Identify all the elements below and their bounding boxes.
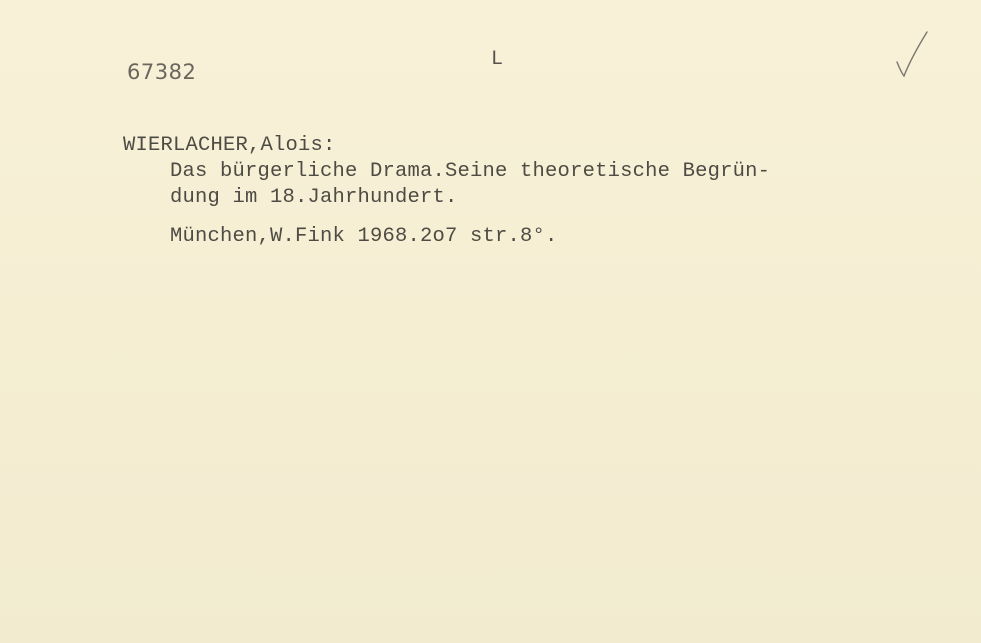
catalog-card: 67382 L WIERLACHER,Alois: Das bürgerlich… — [0, 0, 981, 643]
author-line: WIERLACHER,Alois: — [123, 134, 336, 157]
title-line-1: Das bürgerliche Drama.Seine theoretische… — [170, 160, 770, 183]
title-line-2: dung im 18.Jahrhundert. — [170, 186, 458, 209]
imprint-line: München,W.Fink 1968.2o7 str.8°. — [170, 225, 558, 248]
checkmark-icon — [893, 28, 933, 80]
shelf-letter: L — [491, 48, 503, 71]
accession-number: 67382 — [127, 60, 196, 84]
